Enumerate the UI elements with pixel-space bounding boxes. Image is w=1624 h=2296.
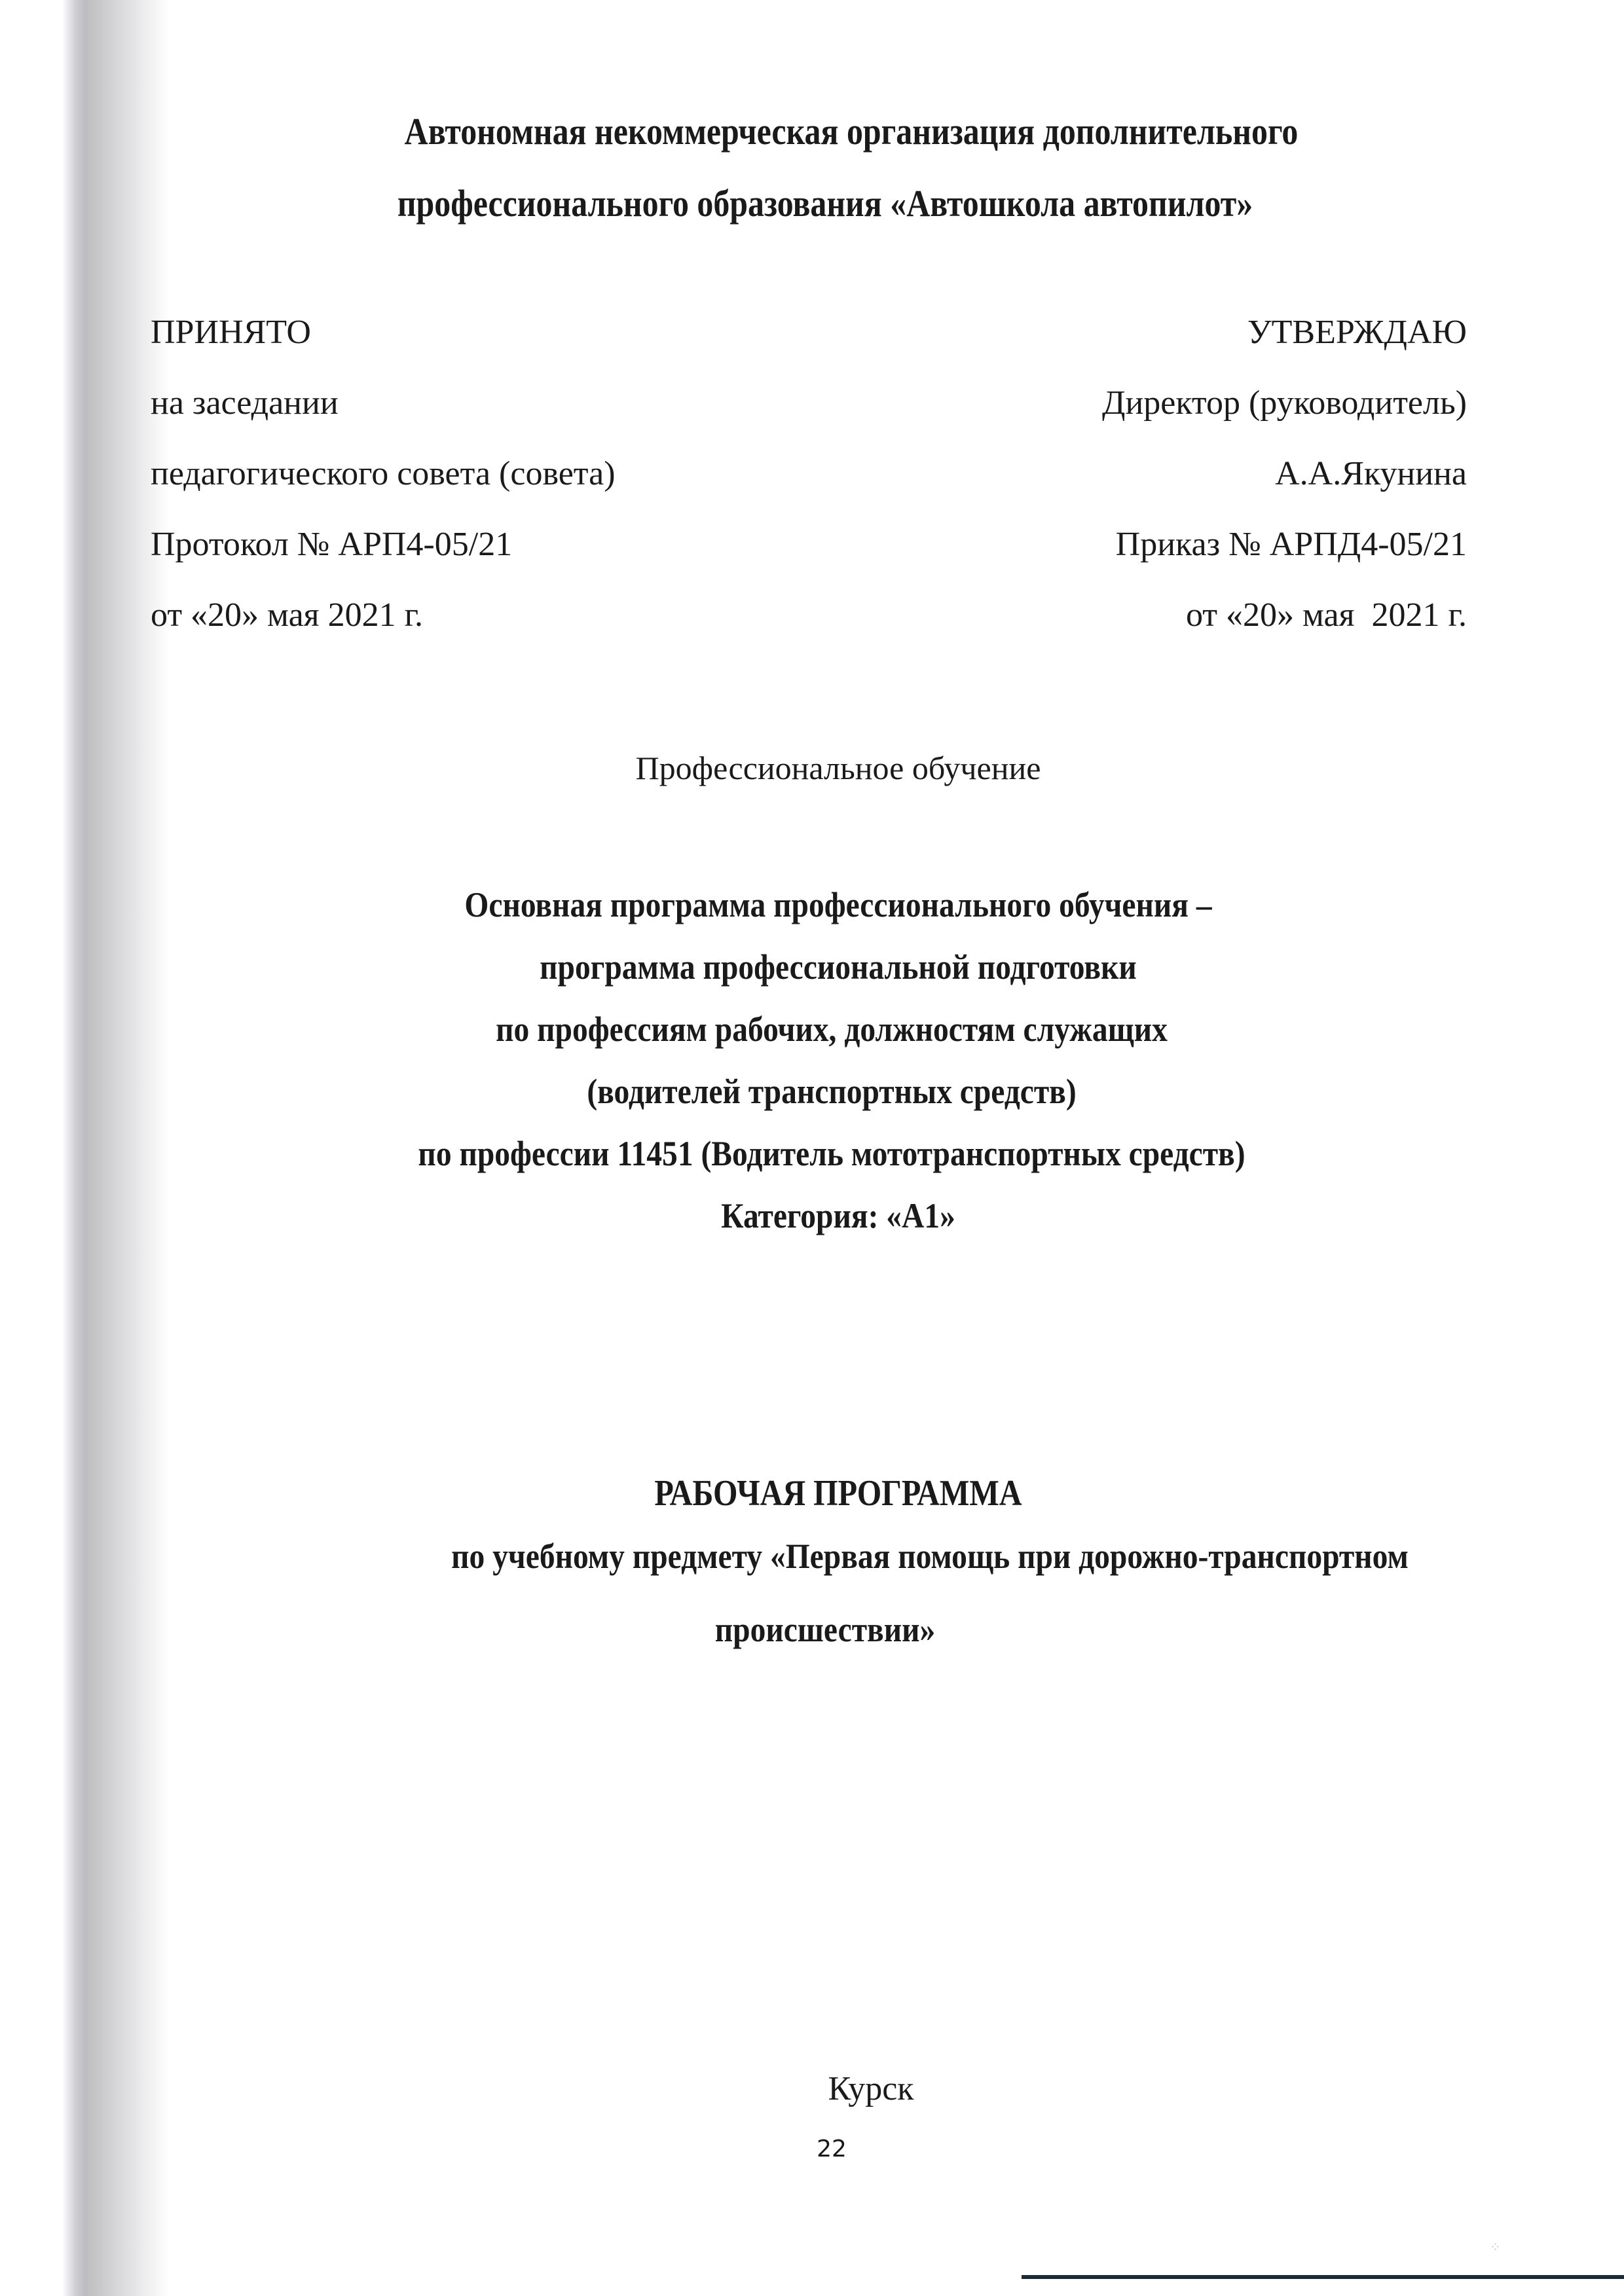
document-page: Автономная некоммерческая организация до…: [0, 0, 1624, 2296]
program-category: Категория: «А1»: [124, 1198, 1553, 1233]
subject-title-line-2: происшествии»: [111, 1612, 1540, 1647]
subject-title-line-1: по учебному предмету «Первая помощь при …: [215, 1539, 1624, 1574]
organization-name-line-1: Автономная некоммерческая организация до…: [153, 113, 1550, 151]
page-number: 22: [20, 2138, 1624, 2161]
program-title-line: (водителей транспортных средств): [117, 1074, 1546, 1109]
approved-position: Директор (руководитель): [1102, 386, 1467, 420]
program-title-line: по профессиям рабочих, должностям служащ…: [117, 1011, 1546, 1047]
city: Курск: [59, 2072, 1624, 2106]
approved-heading: УТВЕРЖДАЮ: [1247, 316, 1467, 350]
accepted-heading: ПРИНЯТО: [151, 316, 311, 350]
accepted-date: от «20» мая 2021 г.: [151, 598, 423, 632]
approved-order: Приказ № АРПД4-05/21: [1116, 528, 1467, 562]
accepted-line-1: на заседании: [151, 386, 339, 420]
organization-name-line-2: профессионального образования «Автошкола…: [127, 185, 1524, 223]
program-title-line: Основная программа профессионального обу…: [124, 887, 1553, 922]
work-program-title: РАБОЧАЯ ПРОГРАММА: [140, 1475, 1537, 1512]
approved-date: от «20» мая 2021 г.: [1186, 598, 1467, 632]
program-title-line: по профессии 11451 (Водитель мототранспо…: [117, 1136, 1546, 1171]
accepted-protocol: Протокол № АРП4-05/21: [151, 528, 512, 562]
approved-name: А.А.Якунина: [1275, 457, 1467, 491]
program-title-line: программа профессиональной подготовки: [124, 949, 1553, 985]
document-subtitle: Профессиональное обучение: [26, 752, 1624, 784]
accepted-line-2: педагогического совета (совета): [151, 457, 616, 491]
